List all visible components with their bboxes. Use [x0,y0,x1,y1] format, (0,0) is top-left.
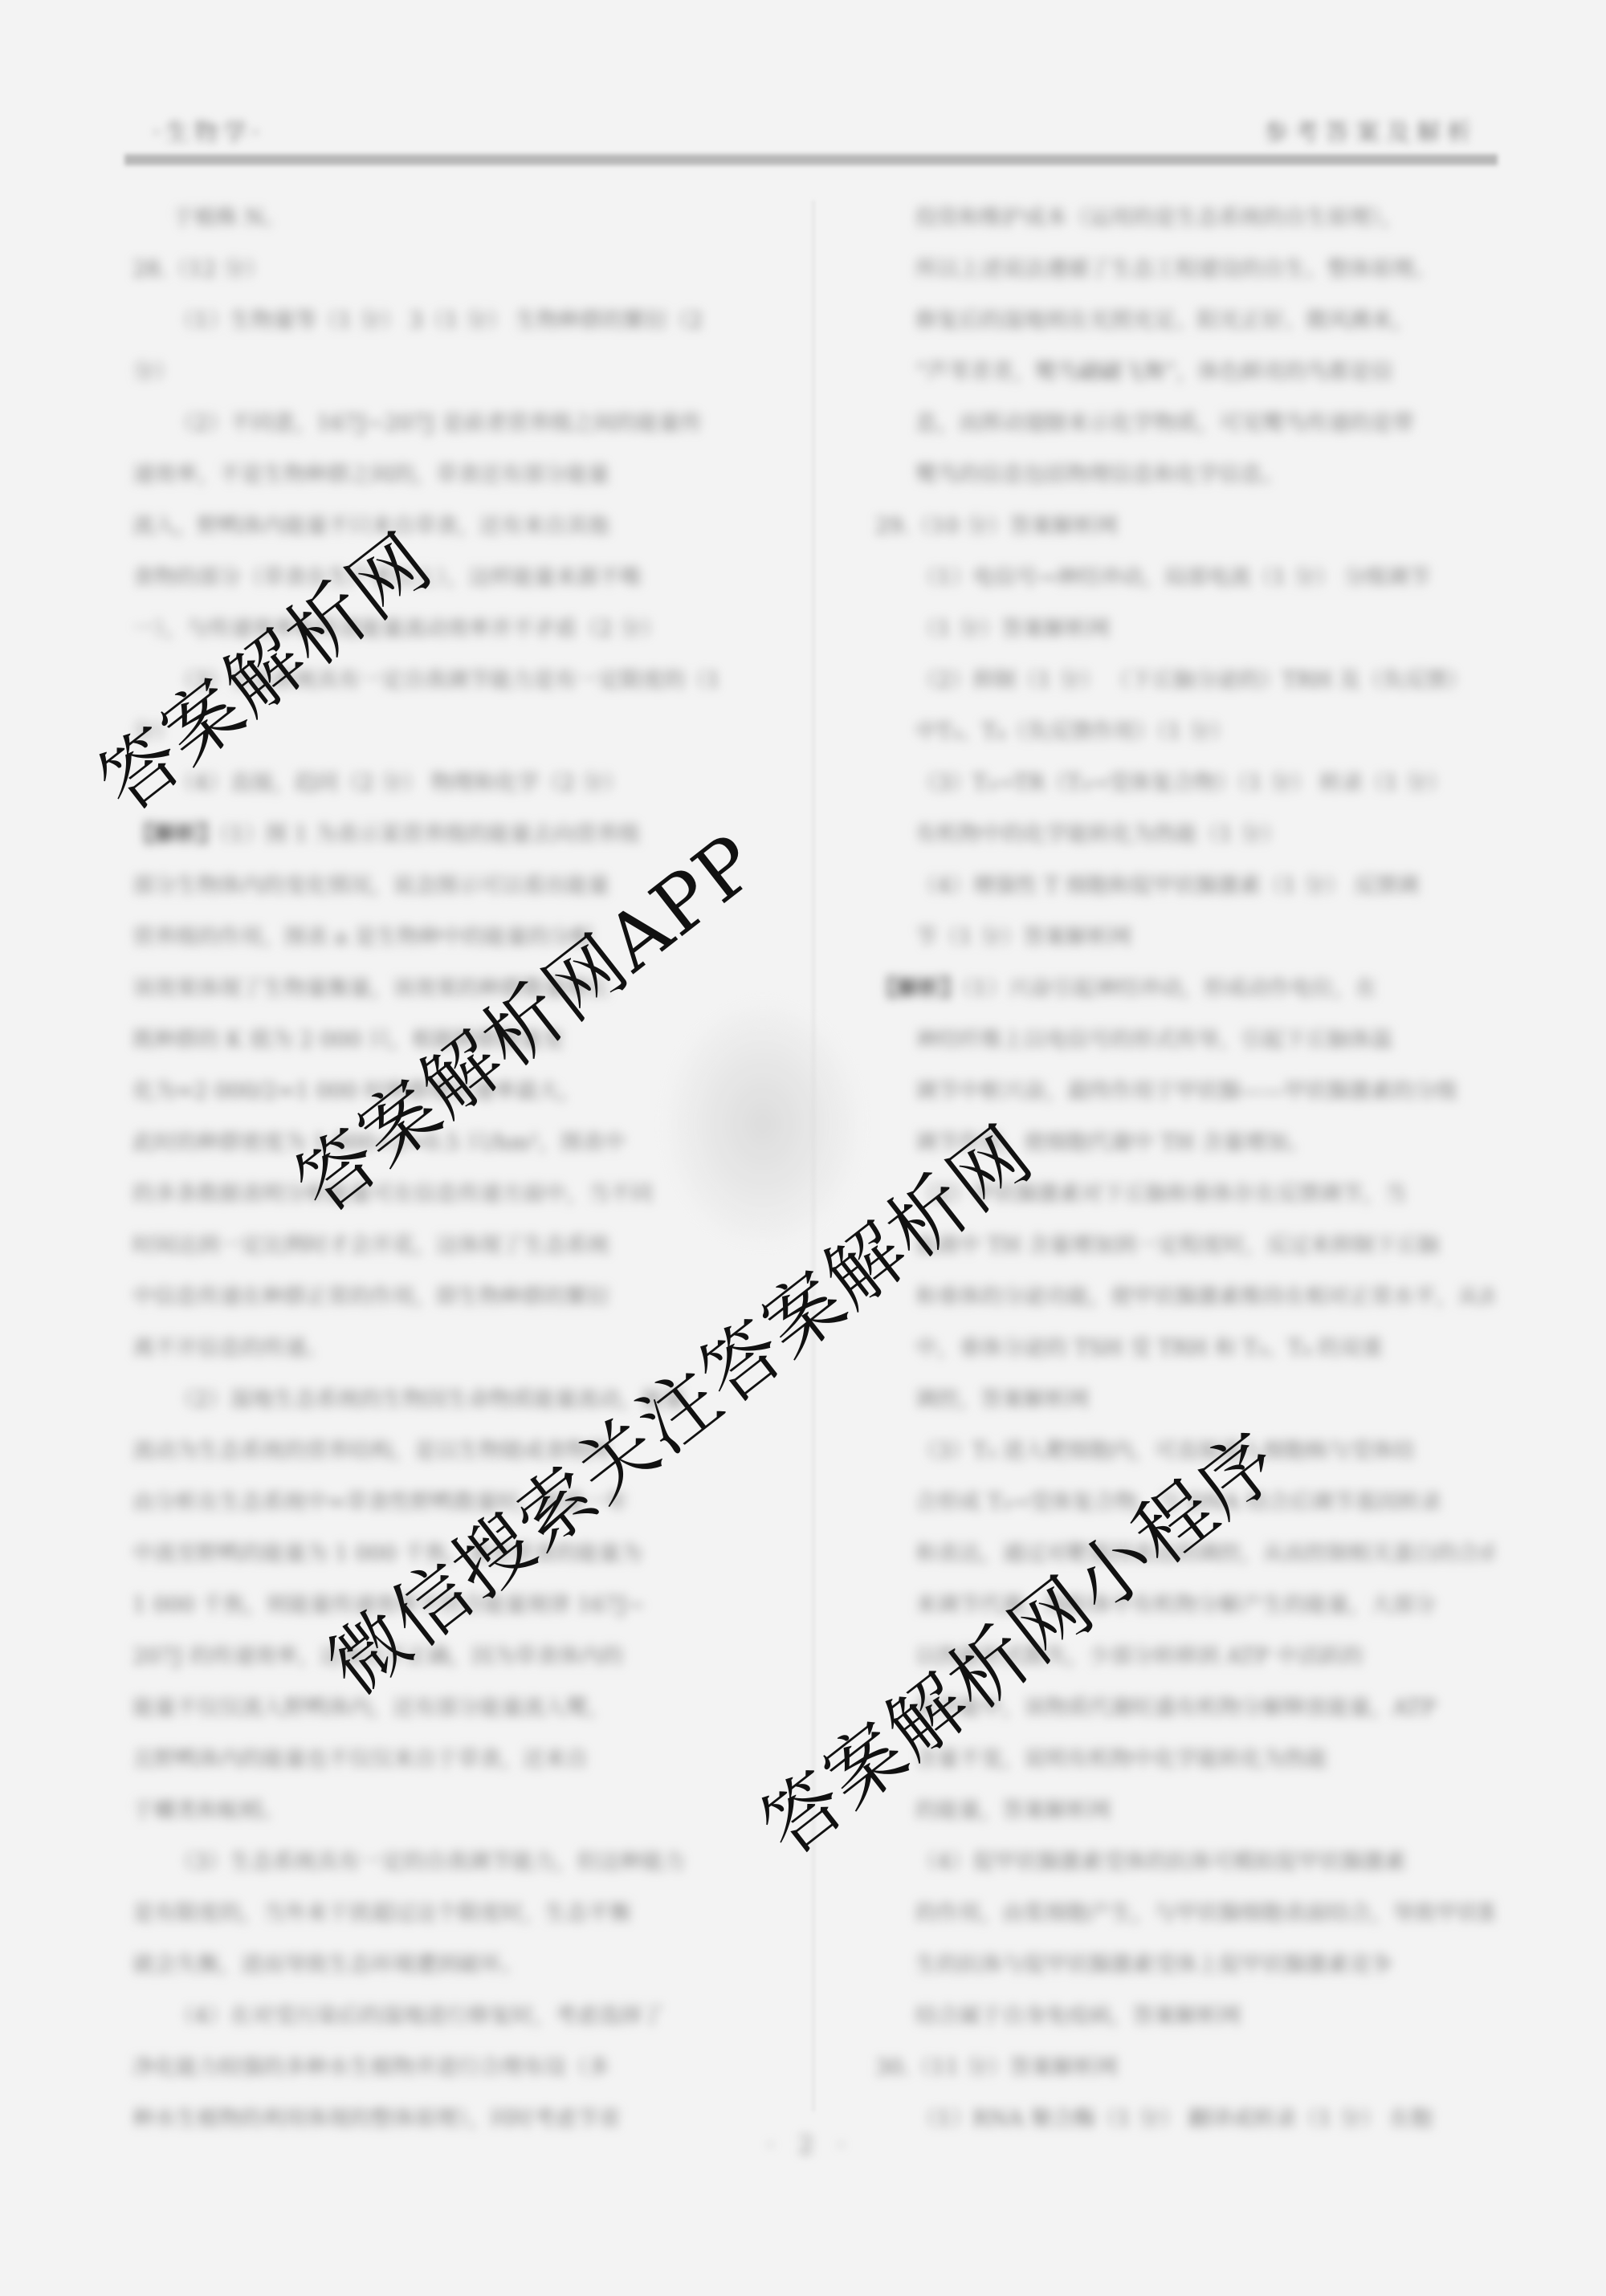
text-line: 所以上述说法遵循了生态工程建设的自生、整体原理。 [875,244,1494,295]
text-line: （4）直接，趋同（2 分） 物理和化学（2 分） [132,758,767,809]
text-line: 分） [132,347,767,398]
text-line: 的能量，答案解析网 [875,1785,1494,1837]
text-line: 的多条数据表明分析能量可在信息传递方面中，当不同 [132,1169,767,1220]
text-line: 调控，答案解析网 [875,1374,1494,1426]
text-line: 鹭鸟的信息包括物理信息和化学信息。 [875,450,1494,501]
text-line: 于植株 N。 [132,193,767,244]
text-line: 28.（12 分） [132,244,767,295]
text-line: “芦苇青青，鹭鸟翩翩飞舞”，体色鲜亮的鸟都是信 [875,347,1494,398]
header-rule [124,154,1498,165]
text-line: 有机物中的化学能转化为热能（1 分） [875,809,1494,861]
text-line: （2）不同意，167J~207J 是前者营养级之间的能量传 [132,398,767,450]
text-line-rest: （1）图 1 为表示某营养级的能量去向营养级 [219,822,640,847]
text-line: （1）RNA 聚合酶（1 分） 翻译或转录（1 分） 在胞 [875,2094,1494,2145]
text-line: 净化能力较强的多种水生植物并进行合理布设（多 [132,2042,767,2094]
text-line-rest: （1）兴奋引起神经冲动，形成动作电位，在 [962,976,1377,1001]
text-line: 种水生植物的利用体现的整体原理），同时考虑节省 [132,2094,767,2145]
text-line: （2）抑制（1 分） （下丘脑分泌的）TRH 及（负反馈） [875,655,1494,706]
text-line: 【解析】（1）兴奋引起神经冲动，形成动作电位，在 [875,963,1494,1015]
text-line: （1 分）答案解析网 [875,604,1494,655]
header-section-title: 参考答案及解析 [1264,112,1478,148]
text-line: 和垂体的分泌功能，使甲状腺激素维持在相对正常水平，从而了可知，说明垂 [875,1272,1494,1323]
text-line: 29.（10 分）答案解析网 [875,501,1494,552]
text-line: 神经纤维上以电信号的形式传导，引起下丘脑体温 [875,1015,1494,1066]
text-line: 且野鸭体内的能量也不仅仅来自于草食，还来自 [132,1734,767,1785]
text-line: 中信息传递在种群正常的作用，即生物种群的繁衍 [132,1272,767,1323]
text-line: （4）在对受污染后的湿地进行修复时，考虑选择了 [132,1991,767,2042]
left-column: 于植株 N。28.（12 分）（1）生物量等（1 分） 3（1 分） 生物种群的… [132,193,767,2145]
text-line: （4）促甲状腺激素受体的抗体可模拟促甲状腺激素 [875,1837,1494,1888]
text-line: 30.（11 分）答案解析网 [875,2042,1494,2094]
text-line: 投资和维护成本（运用的是生态系统的自生原理）， [875,193,1494,244]
text-line: 就会失衡，进而导致生态环境遭到破坏。 [132,1940,767,1991]
text-line: 递效率，不是生物种群之间的，草食还有部分能量 [132,450,767,501]
text-line: （3）T₃→TR（T₃→受体复合物）（1 分） 转录（1 分） [875,758,1494,809]
text-line: 的作用，由浆细胞产生，与甲状腺细胞表面结合，导致甲状腺细胞产 [875,1888,1494,1940]
text-line: 中，垂体分泌的 TSH 受 TRH 和 T₃、T₄ 的双重 [875,1323,1494,1374]
analysis-label: 【解析】 [875,976,962,1001]
text-line: （3）生态系统具有一定的自我调节能力，但这种能力 [132,1837,767,1888]
text-line: （4）增强性 T 细胞和促甲状腺激素（1 分） 反馈调 [875,861,1494,912]
text-line: 中T₃、T₄（负反馈作用）（1 分） [875,706,1494,758]
page-number: · 2 · [767,2131,853,2160]
text-line: 时间达到一定比例时才会开花，这体现了生态系统 [132,1220,767,1272]
text-line: 是有限度的，当外来干扰超过这个限度时，生态平衡 [132,1888,767,1940]
text-line: 息，而挥动翅膀来示化学物质，可见鹭鸟传递的是带 [875,398,1494,450]
text-line: 于螺类和蚯蚓。 [132,1785,767,1837]
document-page: ·生物学· 参考答案及解析 于植株 N。28.（12 分）（1）生物量等（1 分… [0,0,1606,2296]
text-line: 流入，野鸭体内能量不只来自草食，还有来自其他 [132,501,767,552]
text-line: （1）生物量等（1 分） 3（1 分） 生物种群的繁衍（2 [132,295,767,347]
text-line: （1）电信号→神经冲动，局部电流（1 分） 分级调节 [875,552,1494,604]
header-subject: ·生物学· [153,112,264,148]
text-line: 生的抗体与促甲状腺激素受体上促甲状腺激素竞争 [875,1940,1494,1991]
text-line: 食物的部分（草食在生产者以上），这样能量来源不唯 [132,552,767,604]
text-line: 结合属于自身免疫病，答案解析网 [875,1991,1494,2042]
text-line: 节（1 分）答案解析网 [875,912,1494,963]
text-line: 修复后的湿地则在光照充足、阳光正好、微风拂来， [875,295,1494,347]
text-line: 能量不仅仅流入野鸭体内，还有部分能量流入鹭， [132,1683,767,1734]
